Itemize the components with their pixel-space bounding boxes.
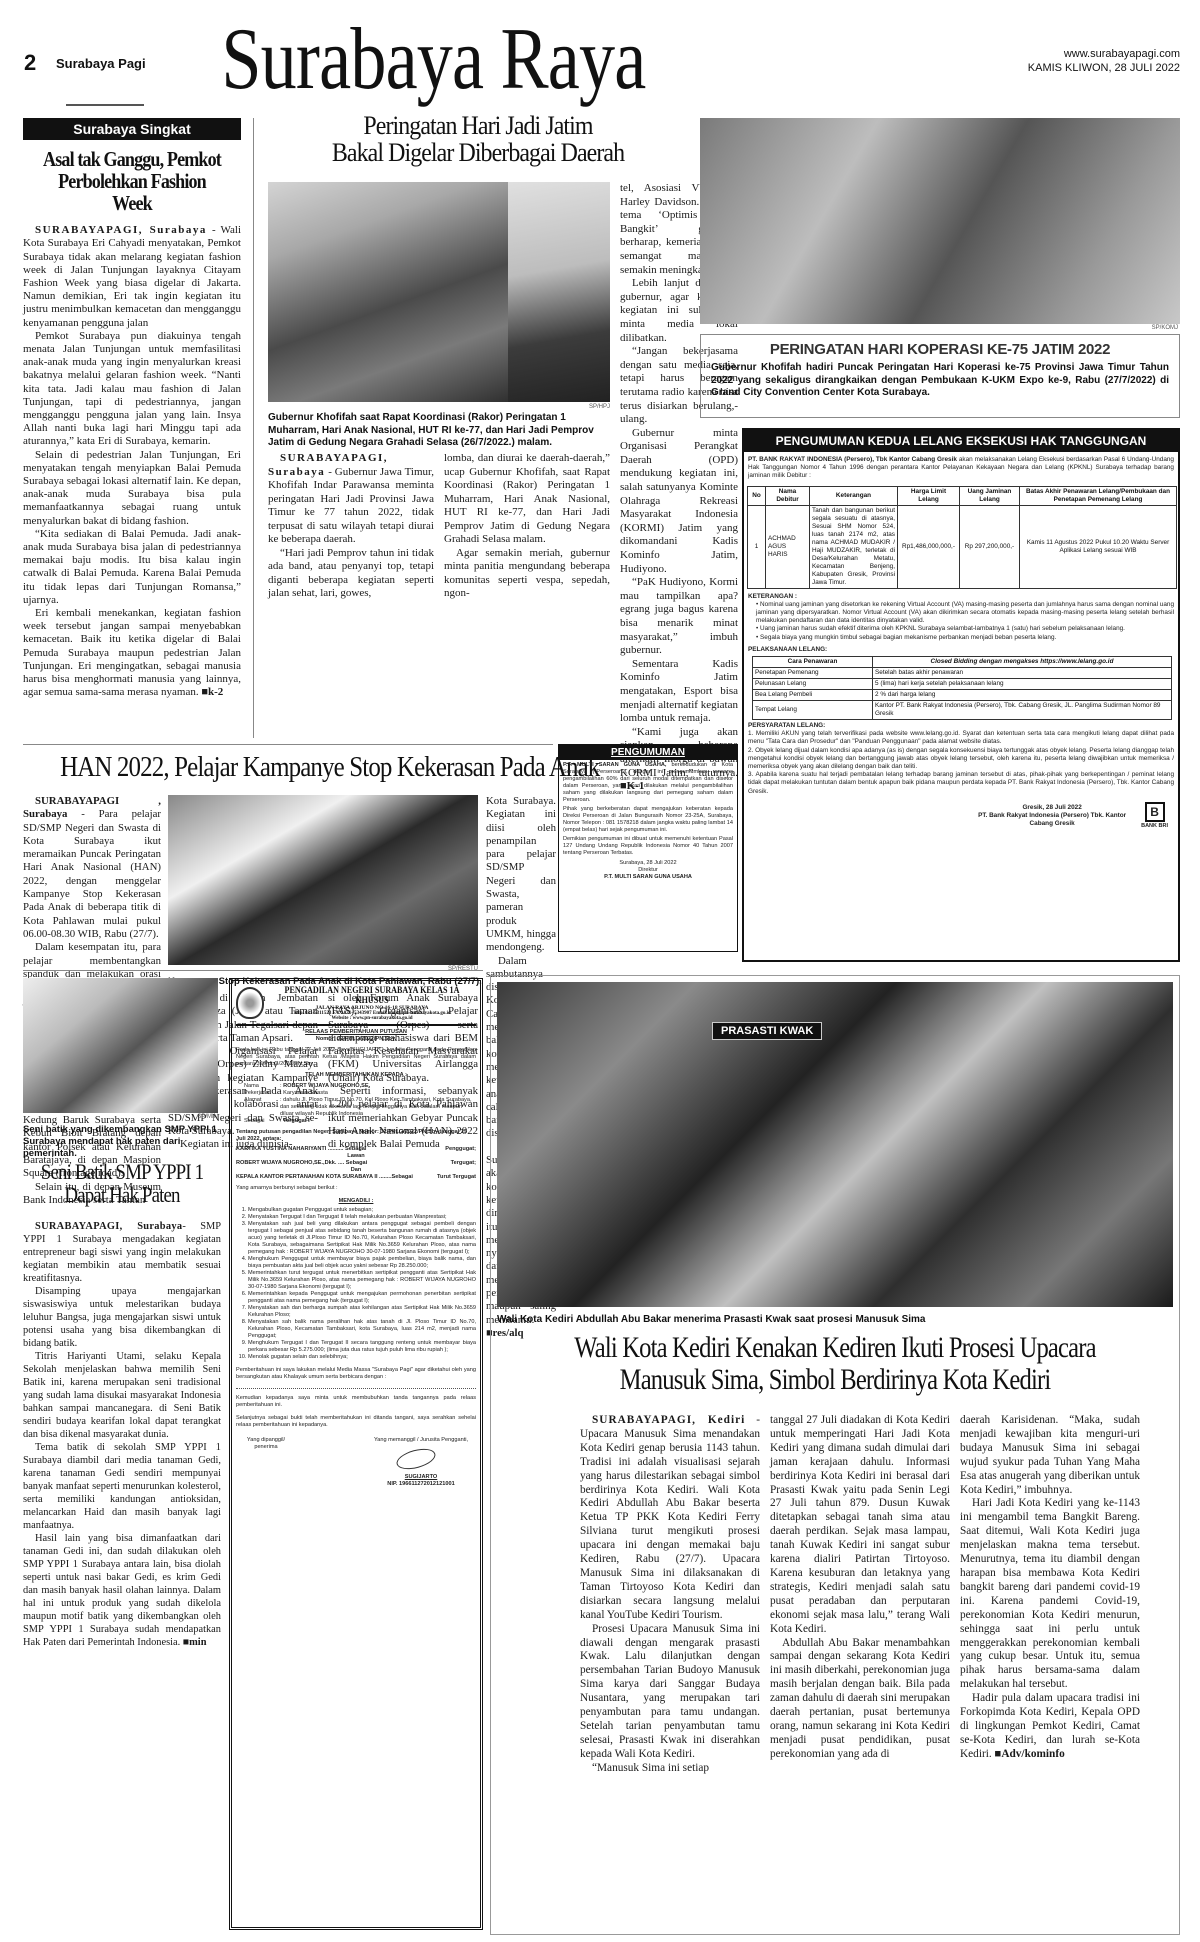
keterangan: KETERANGAN : • Nominal uang jaminan yang…	[744, 591, 1178, 644]
han-photo-credit: SP/RESTU	[168, 966, 478, 972]
kediri-caption: Wali Kota Kediri Abdullah Abu Bakar mene…	[497, 1313, 1173, 1326]
list-item: 3. Apabila karena suatu hal terjadi pemb…	[748, 771, 1174, 796]
han-headline: HAN 2022, Pelajar Kampanye Stop Kekerasa…	[60, 752, 516, 782]
table-row: Tempat LelangKantor PT. Bank Rakyat Indo…	[753, 701, 1172, 720]
table-row: Bea Lelang Pembeli2 % dari harga lelang	[753, 690, 1172, 701]
amar-list: Mengabulkan gugatan Penggugat untuk seba…	[236, 1207, 476, 1361]
court-signatures: Yang dipanggil/ penerima Yang memanggil …	[236, 1437, 476, 1488]
list-item: Menyatakan sah balik nama peralihan hak …	[248, 1319, 476, 1340]
list-item: Menyatakan sah dan berharga sumpah atas …	[248, 1305, 476, 1319]
koperasi-text: Gubernur Khofifah hadiri Puncak Peringat…	[711, 362, 1169, 400]
koperasi-box: PERINGATAN HARI KOPERASI KE-75 JATIM 202…	[700, 334, 1180, 418]
list-item: Memerintahkan kepada Penggugat untuk men…	[248, 1291, 476, 1305]
list-item: Menyatakan sah jual beli yang dilakukan …	[248, 1221, 476, 1256]
hari-jadi-photo-right	[508, 182, 610, 402]
persyaratan: PERSYARATAN LELANG: 1. Memiliki AKUN yan…	[744, 720, 1178, 798]
kediri-col1: SURABAYAPAGI, Kediri - Upacara Manusuk S…	[580, 1414, 760, 1776]
issue-date: KAMIS KLIWON, 28 JULI 2022	[900, 62, 1180, 74]
lelang-title: PENGUMUMAN KEDUA LELANG EKSEKUSI HAK TAN…	[744, 430, 1178, 452]
list-item: • Uang jaminan harus sudah efektif diter…	[756, 625, 1174, 633]
pengumuman-title: PENGUMUMAN	[559, 745, 737, 760]
hari-jadi-col1: SURABAYAPAGI, Surabaya - Gubernur Jawa T…	[268, 452, 434, 601]
koperasi-title: PERINGATAN HARI KOPERASI KE-75 JATIM 202…	[711, 341, 1169, 358]
singkat-label: Surabaya Singkat	[23, 118, 241, 140]
table-row: Penetapan PemenangSetelah batas akhir pe…	[753, 668, 1172, 679]
singkat-body: SURABAYAPAGI, Surabaya - Wali Kota Surab…	[23, 224, 241, 699]
batik-photo	[23, 978, 218, 1113]
koperasi-photo	[700, 118, 1180, 324]
hari-jadi-caption: Gubernur Khofifah saat Rapat Koordinasi …	[268, 412, 610, 450]
masthead-rule-left	[66, 104, 144, 106]
pengadilan-header: PENGADILAN NEGERI SURABAYA KELAS 1A KHUS…	[236, 985, 476, 1026]
lelang-intro: PT. BANK RAKYAT INDONESIA (Persero), Tbk…	[744, 452, 1178, 484]
list-item: Menghukum Penggugat untuk membayar biaya…	[248, 1256, 476, 1270]
list-item: Memerintahkan turut tergugat untuk mener…	[248, 1270, 476, 1291]
lelang-notice: PENGUMUMAN KEDUA LELANG EKSEKUSI HAK TAN…	[742, 428, 1180, 962]
list-item: 1. Memiliki AKUN yang telah terverifikas…	[748, 730, 1174, 746]
website-link[interactable]: www.surabayapagi.com	[940, 48, 1180, 60]
page-number: 2	[24, 50, 36, 76]
lelang-link[interactable]: Closed Bidding dengan mengakses https://…	[931, 658, 1114, 665]
list-item: Mengabulkan gugatan Penggugat untuk seba…	[248, 1207, 476, 1214]
batik-caption: Seni batik yang dikembangkan SMP YPPI 1 …	[23, 1124, 221, 1160]
kediri-col2: tanggal 27 Juli diadakan di Kota Kediri …	[770, 1414, 950, 1762]
khofifah-rakor-photo	[268, 182, 508, 402]
paper-name: Surabaya Pagi	[56, 56, 146, 71]
list-item: • Segala biaya yang mungkin timbul sebag…	[756, 634, 1174, 642]
list-item: Menghukum Tergugat I dan Tergugat II sec…	[248, 1340, 476, 1354]
bri-logo: B BANK BRI	[1141, 802, 1168, 830]
batik-body: SURABAYAPAGI, Surabaya- SMP YPPI 1 Surab…	[23, 1220, 221, 1649]
table-row: Pelunasan Lelang5 (lima) hari kerja sete…	[753, 679, 1172, 690]
column-divider	[253, 118, 254, 738]
signature-icon	[366, 1444, 476, 1474]
hari-jadi-col2: lomba, dan diurai ke daerah-daerah,” uca…	[444, 452, 610, 601]
kampanye-photo	[168, 795, 478, 965]
lelang-signature: Gresik, 28 Juli 2022 PT. Bank Rakyat Ind…	[744, 798, 1178, 834]
pelaksanaan-table: Cara PenawaranClosed Bidding dengan meng…	[752, 656, 1172, 720]
pelaksanaan-label: PELAKSANAAN LELANG:	[748, 646, 827, 653]
prasasti-kwak-label: PRASASTI KWAK	[712, 1022, 822, 1040]
photo-credit: SP/HPJ	[268, 404, 610, 410]
parties: KARTIKA YUSTINA NAHARIYANTI .......... S…	[236, 1146, 476, 1181]
list-item: Menyatakan Tergugat I dan Tergugat II te…	[248, 1214, 476, 1221]
list-item: 2. Obyek lelang dijual dalam kondisi apa…	[748, 747, 1174, 772]
section-divider	[23, 970, 483, 971]
defendant-fields: Nama: ROBERT WIJAYA NUGROHO,SE. Pekerjaa…	[244, 1083, 476, 1125]
batik-headline: Seni Batik SMP YPPI 1 Dapat Hak Paten	[37, 1160, 207, 1206]
table-header-row: No Nama Debitur Keterangan Harga Limit L…	[748, 486, 1177, 505]
singkat-article: Surabaya Singkat Asal tak Ganggu, Pemkot…	[23, 118, 241, 699]
batik-photo-credit: SP/MIN	[23, 1114, 218, 1120]
table-row: Cara PenawaranClosed Bidding dengan meng…	[753, 657, 1172, 668]
koperasi-photo-credit: SP/KOMJ	[700, 325, 1178, 331]
kediri-col3: daerah Karisidenan. “Maka, sudah menjadi…	[960, 1414, 1140, 1762]
section-divider	[23, 744, 553, 745]
kediri-headline: Wali Kota Kediri Kenakan Kediren Ikuti P…	[497, 1332, 1173, 1395]
hari-jadi-headline: Peringatan Hari Jadi Jatim Bakal Digelar…	[279, 112, 676, 167]
table-row: 1 ACHMAD AGUS HARIS Tanah dan bangunan b…	[748, 505, 1177, 588]
singkat-headline: Asal tak Ganggu, Pemkot Perbolehkan Fash…	[38, 148, 225, 214]
pengumuman-multi-notice: PENGUMUMAN P.T. MULTI SARAN GUNA USAHA, …	[558, 744, 738, 952]
manusuk-sima-photo: PRASASTI KWAK	[497, 982, 1173, 1307]
list-item: • Nominal uang jaminan yang disetorkan k…	[756, 601, 1174, 626]
hari-jadi-article: Peringatan Hari Jadi Jatim Bakal Digelar…	[262, 112, 694, 167]
masthead: 2 Surabaya Pagi Surabaya Raya www.suraba…	[0, 0, 1200, 110]
pengadilan-notice: PENGADILAN NEGERI SURABAYA KELAS 1A KHUS…	[229, 978, 483, 1930]
section-title: Surabaya Raya	[212, 12, 655, 108]
bri-logo-icon: B	[1145, 802, 1165, 822]
court-emblem-icon	[236, 987, 264, 1019]
lelang-table: No Nama Debitur Keterangan Harga Limit L…	[747, 486, 1177, 589]
list-item: Menolak gugatan selain dan selebihnya;	[248, 1354, 476, 1361]
